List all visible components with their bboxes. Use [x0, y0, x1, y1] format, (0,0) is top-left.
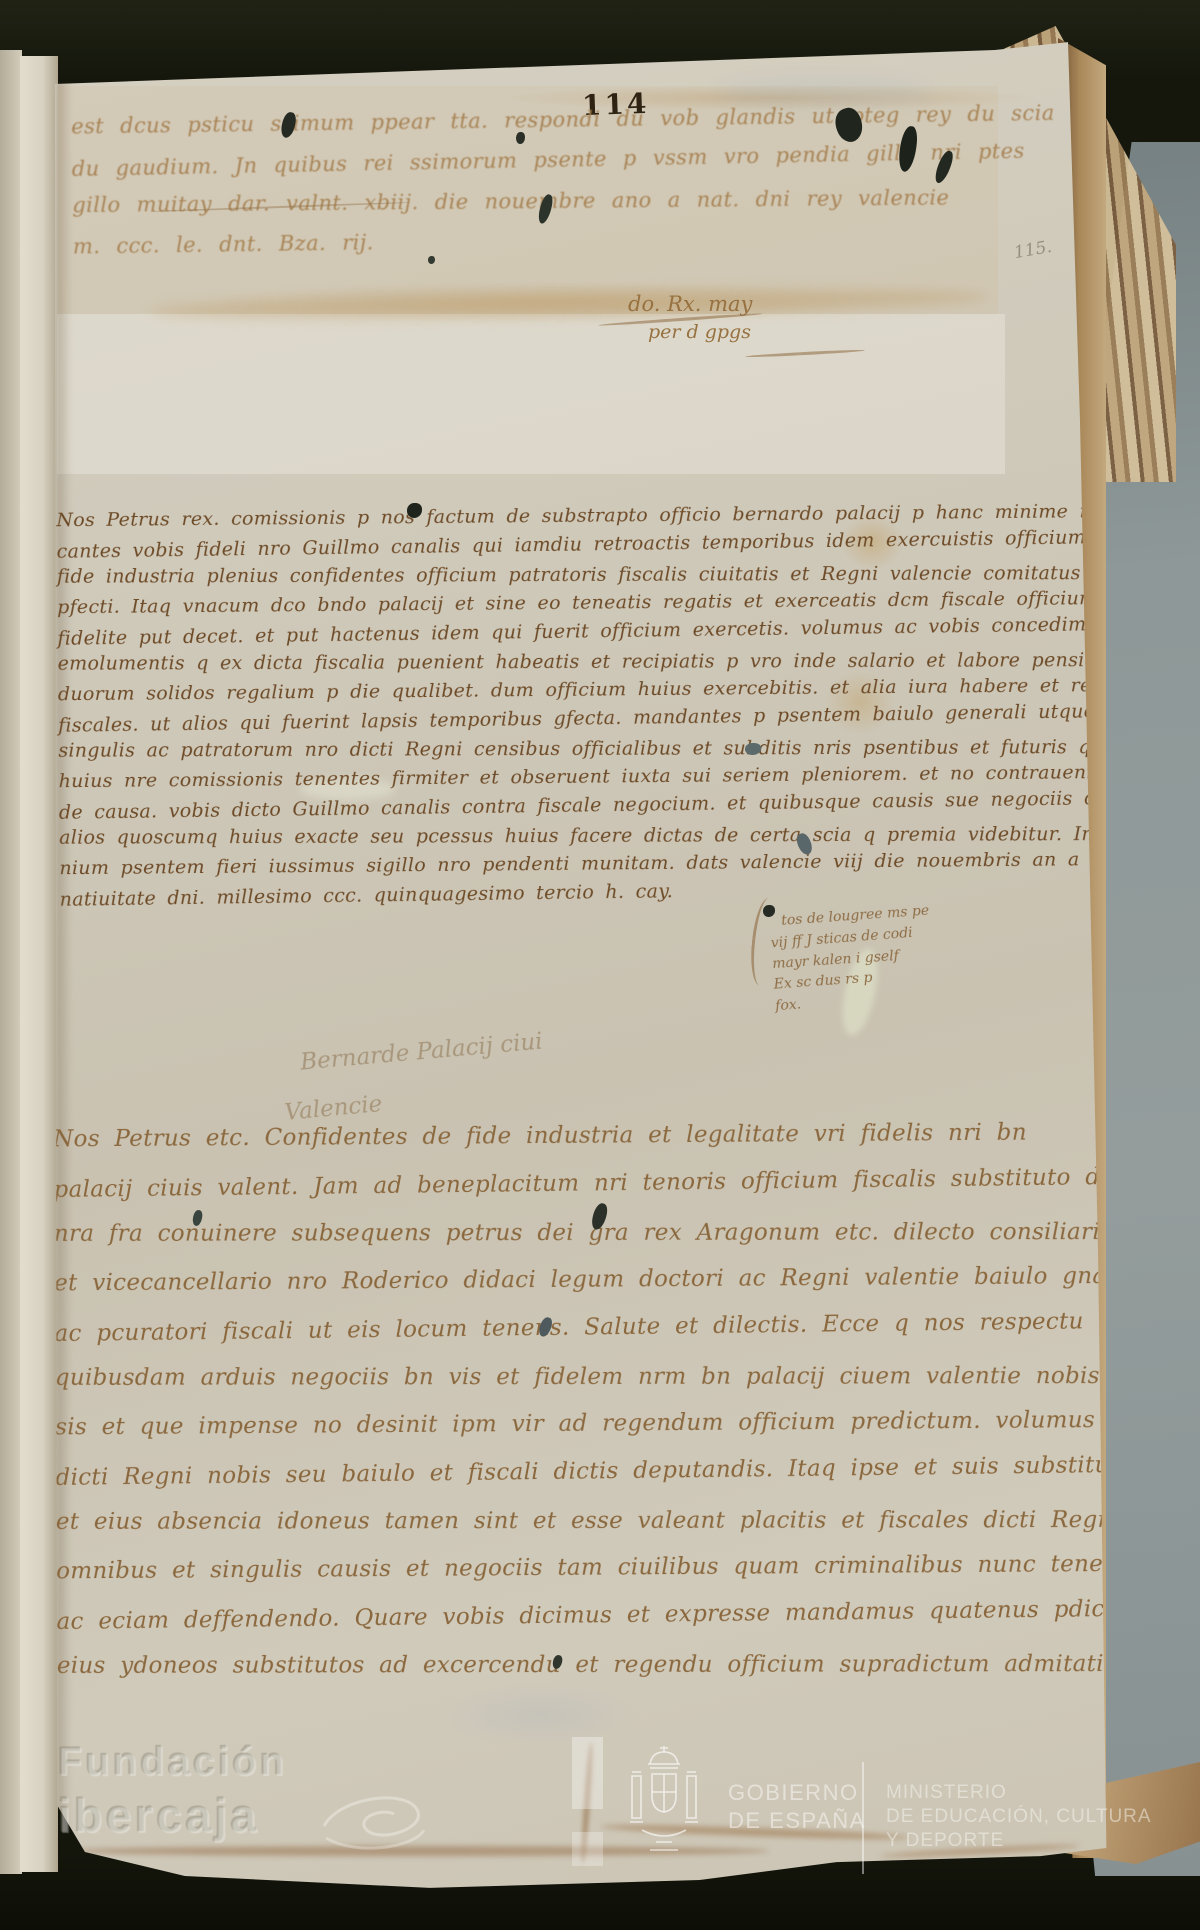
folio-number-secondary: 115.: [1013, 237, 1054, 263]
manuscript-line: palacij ciuis valent. Jam ad beneplacitu…: [53, 1154, 1022, 1214]
manuscript-line: singulis ac patratorum nro dicti Regni c…: [58, 733, 1020, 765]
manuscript-scan: 114 115. do. Rx. may per d gpgs est dcus…: [0, 0, 1200, 1930]
commission-paragraph: Nos Petrus rex. comissionis p nos factum…: [56, 498, 1022, 912]
manuscript-line: dicti Regni nobis seu baiulo et fiscali …: [55, 1442, 1024, 1502]
pasted-slip-text: est dcus psticu ssimum ppear tta. respon…: [71, 94, 1003, 267]
watermark-line: DE EDUCACIÓN, CULTURA: [886, 1805, 1152, 1829]
government-watermark-bar: [572, 1737, 603, 1809]
manuscript-line: et eius absencia idoneus tamen sint et e…: [56, 1496, 1024, 1546]
watermark-line: Y DEPORTE: [886, 1829, 1152, 1853]
manuscript-page: 114 115. do. Rx. may per d gpgs est dcus…: [0, 0, 1200, 1930]
manuscript-line: fide industria plenius confidentes offic…: [57, 559, 1019, 591]
manuscript-line: eius ydoneos substitutos ad excercendu e…: [57, 1640, 1025, 1690]
appointment-paragraph: Nos Petrus etc. Confidentes de fide indu…: [53, 1109, 1025, 1692]
manuscript-line: emolumentis q ex dicta fiscalia puenient…: [58, 646, 1020, 678]
ibercaja-logo-icon: [318, 1786, 428, 1856]
government-watermark-bar: [572, 1832, 603, 1866]
manuscript-line: alios quoscumq huius exacte seu pcessus …: [59, 820, 1021, 852]
manuscript-line: quibusdam arduis negociis bn vis et fide…: [55, 1352, 1023, 1402]
gutter-page-edge: [20, 56, 58, 1872]
manuscript-line: ac eciam deffendendo. Quare vobis dicimu…: [56, 1586, 1025, 1646]
registrar-mark-line1: do. Rx. may: [628, 292, 752, 316]
watermark-line: MINISTERIO: [886, 1781, 1152, 1805]
spain-coat-of-arms-icon: [612, 1742, 716, 1856]
ibercaja-watermark-line2: ibercaja: [58, 1788, 260, 1843]
watermark-line: DE ESPAÑA: [728, 1807, 866, 1835]
ministry-watermark-text: MINISTERIO DE EDUCACIÓN, CULTURA Y DEPOR…: [886, 1781, 1152, 1853]
manuscript-line: gillo muitay dar. valnt. xbiij. die noue…: [72, 177, 1002, 225]
registrar-mark-line2: per d gpgs: [648, 321, 751, 343]
government-watermark-text: GOBIERNO DE ESPAÑA: [728, 1779, 866, 1835]
ibercaja-watermark-line1: Fundación: [58, 1740, 287, 1785]
watermark-line: GOBIERNO: [728, 1779, 866, 1807]
pasted-paper-band: [57, 314, 1005, 474]
watermark-divider: [862, 1762, 864, 1874]
margin-note: tos de lougree ms pevij ff J sticas de c…: [769, 894, 1026, 1016]
binding-spine: [0, 50, 22, 1874]
